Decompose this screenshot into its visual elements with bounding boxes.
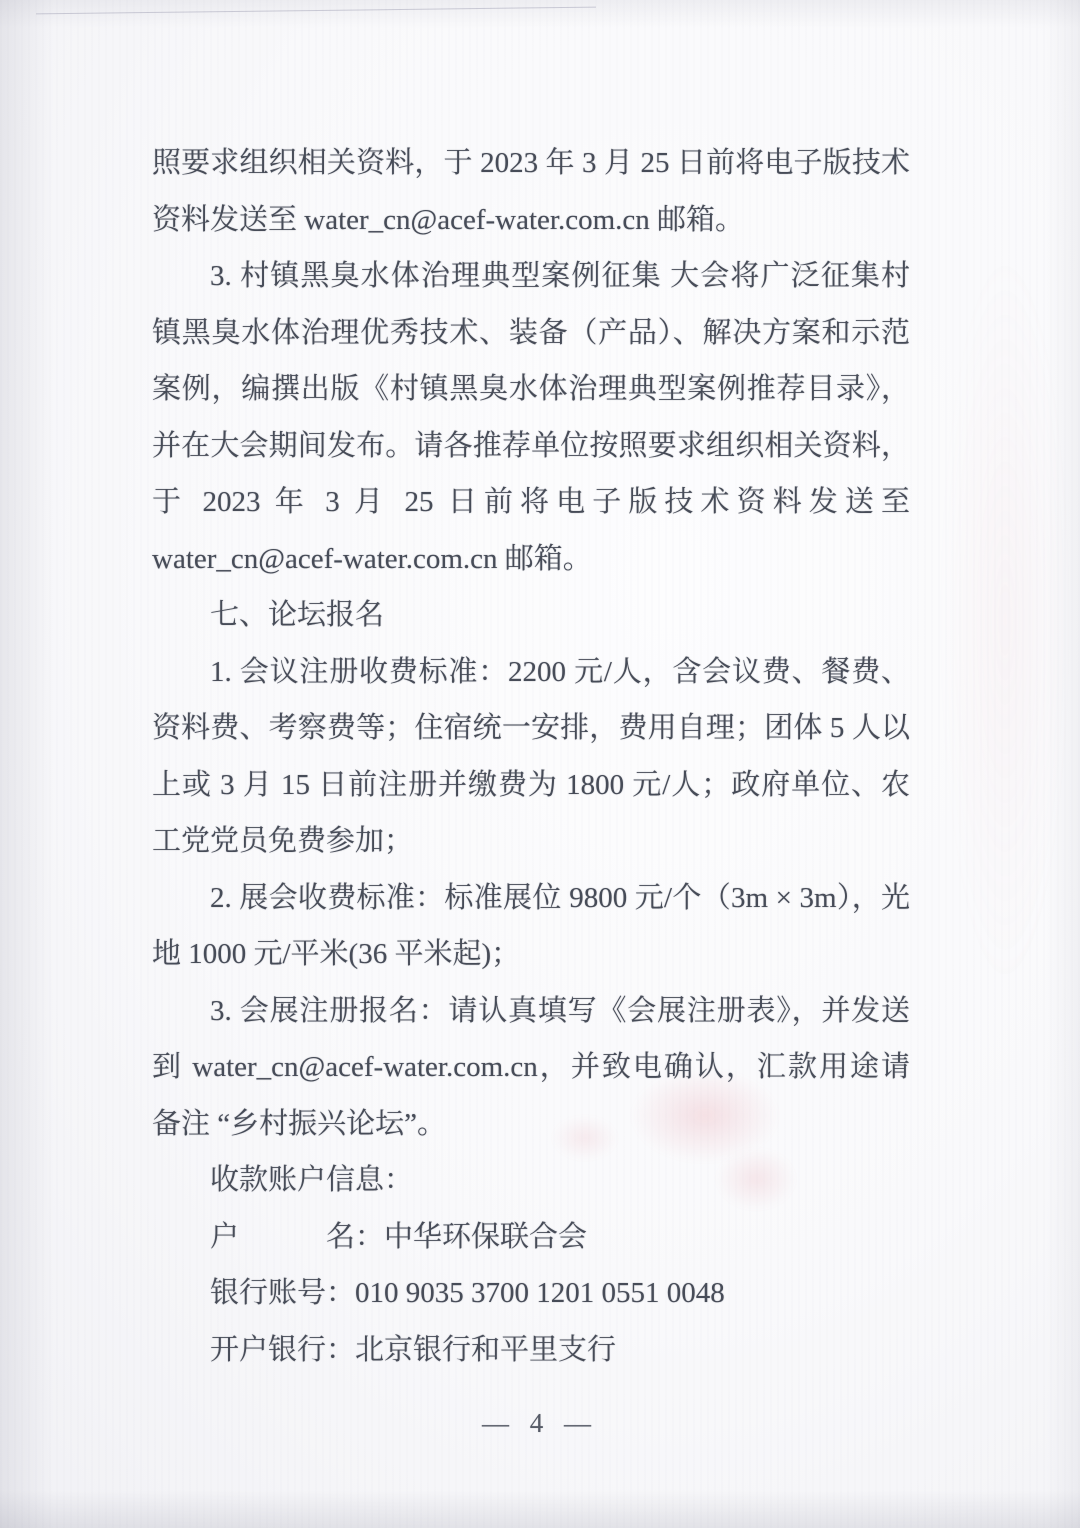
page-number: — 4 — (0, 1408, 1080, 1439)
text-line: 到 water_cn@acef-water.com.cn，并致电确认，汇款用途请 (152, 1039, 910, 1096)
text-line: 备注 “乡村振兴论坛”。 (152, 1096, 910, 1153)
scan-edge-right (1046, 0, 1080, 1528)
text-line: 3. 会展注册报名：请认真填写《会展注册表》，并发送 (152, 983, 910, 1040)
text-line: 地 1000 元/平米(36 平米起)； (152, 926, 910, 983)
text-line: 案例，编撰出版《村镇黑臭水体治理典型案例推荐目录》， (152, 361, 910, 418)
text-line: 照要求组织相关资料，于 2023 年 3 月 25 日前将电子版技术 (152, 135, 910, 192)
text-line: 银行账号：010 9035 3700 1201 0551 0048 (152, 1265, 910, 1322)
text-line: 资料发送至 water_cn@acef-water.com.cn 邮箱。 (152, 192, 910, 249)
scan-edge-top (0, 0, 1080, 28)
text-line: 上或 3 月 15 日前注册并缴费为 1800 元/人；政府单位、农 (152, 757, 910, 814)
text-line: 收款账户信息： (152, 1152, 910, 1209)
text-line: 户 名：中华环保联合会 (152, 1209, 910, 1266)
text-line: 开户银行：北京银行和平里支行 (152, 1322, 910, 1379)
text-line: 2. 展会收费标准：标准展位 9800 元/个（3m × 3m），光 (152, 870, 910, 927)
text-line: 七、论坛报名 (152, 587, 910, 644)
text-line: 1. 会议注册收费标准：2200 元/人，含会议费、餐费、 (152, 644, 910, 701)
scan-edge-bottom (0, 1490, 1080, 1528)
stamp-bleed-stain (940, 260, 1070, 980)
text-line: 于 2023 年 3 月 25 日前将电子版技术资料发送至 (152, 474, 910, 531)
text-line: 资料费、考察费等；住宿统一安排，费用自理；团体 5 人以 (152, 700, 910, 757)
text-line: 工党党员免费参加； (152, 813, 910, 870)
text-line: 镇黑臭水体治理优秀技术、装备（产品）、解决方案和示范 (152, 305, 910, 362)
paper-crease-line (36, 7, 596, 15)
scan-edge-left (0, 0, 54, 1528)
document-page: 照要求组织相关资料，于 2023 年 3 月 25 日前将电子版技术资料发送至 … (0, 0, 1080, 1528)
text-line: water_cn@acef-water.com.cn 邮箱。 (152, 531, 910, 588)
text-line: 并在大会期间发布。请各推荐单位按照要求组织相关资料， (152, 418, 910, 475)
document-body: 照要求组织相关资料，于 2023 年 3 月 25 日前将电子版技术资料发送至 … (152, 135, 910, 1378)
text-line: 3. 村镇黑臭水体治理典型案例征集 大会将广泛征集村 (152, 248, 910, 305)
